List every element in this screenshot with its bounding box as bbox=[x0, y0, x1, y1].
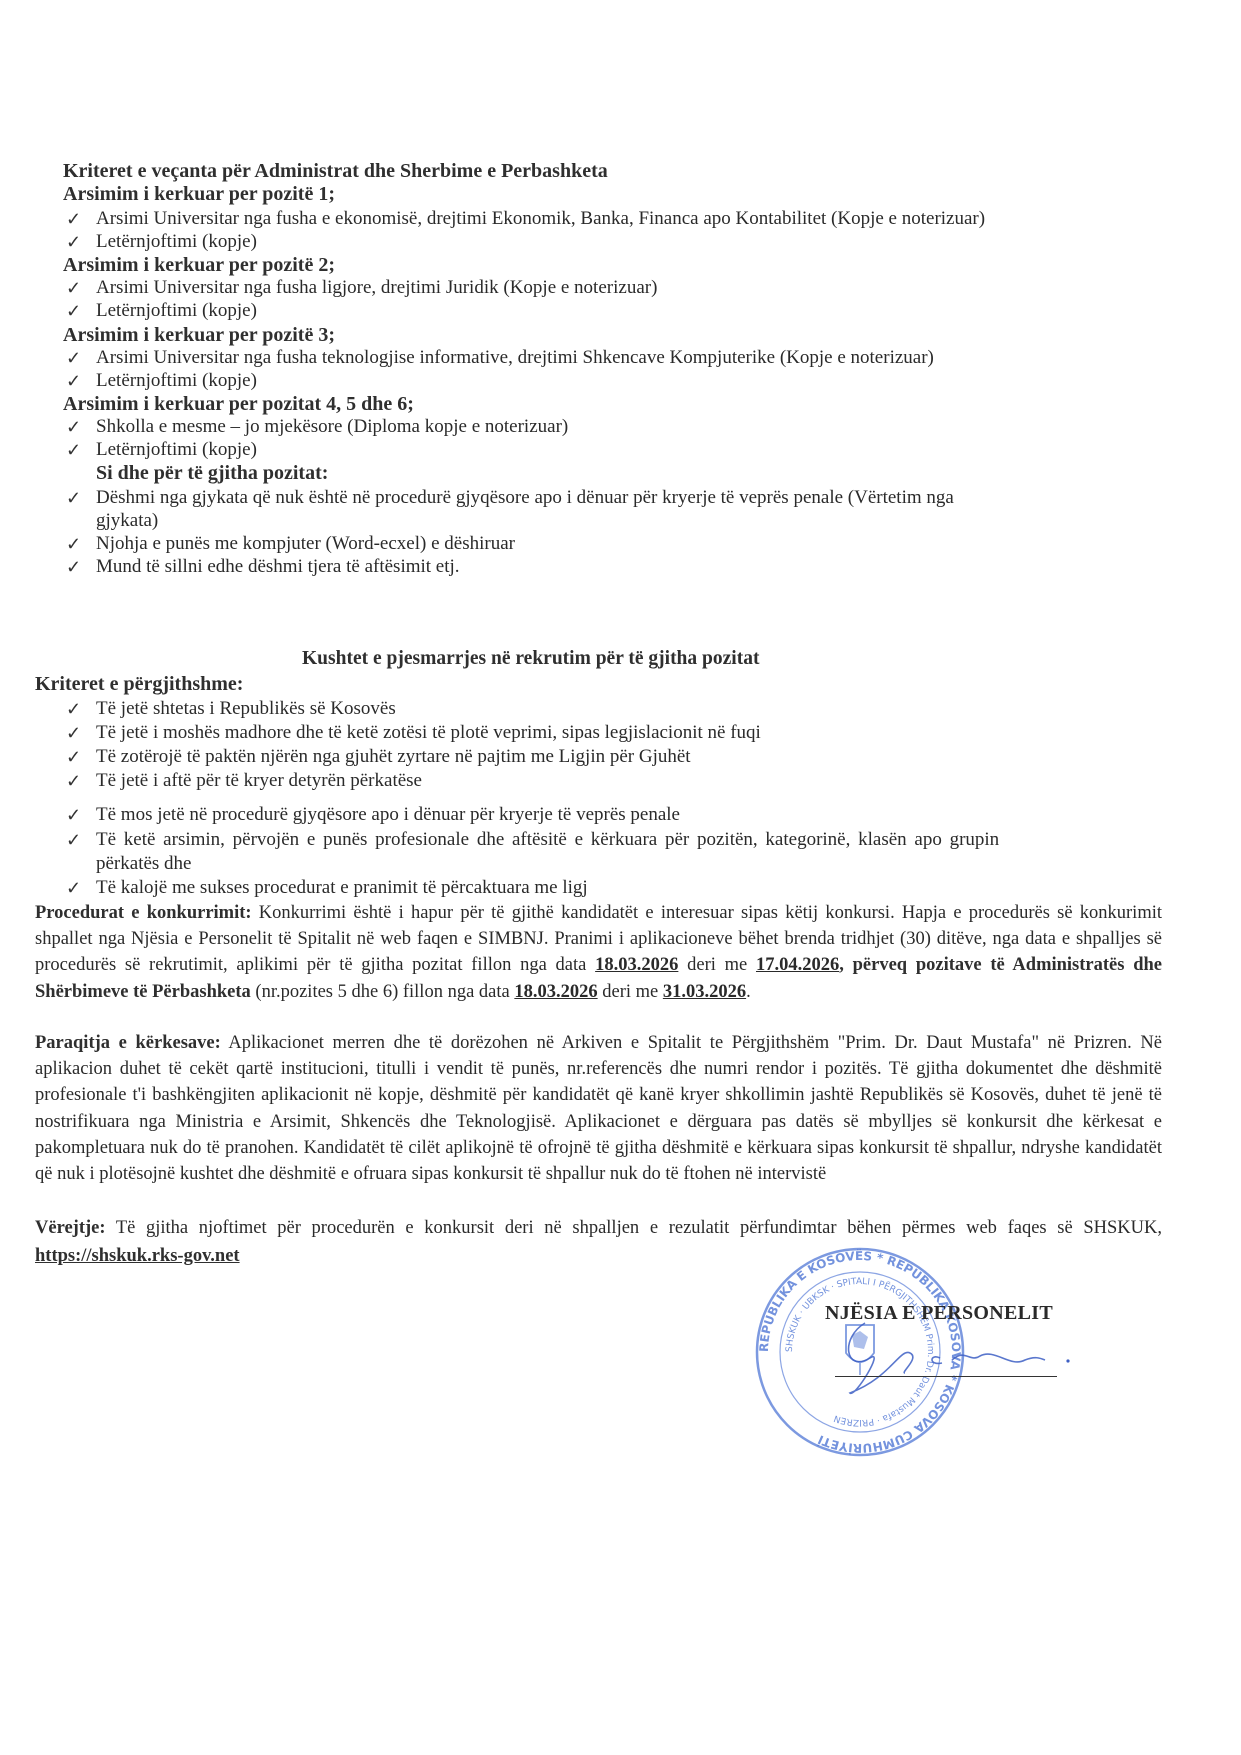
procedure-label: Procedurat e konkurrimit: bbox=[35, 903, 252, 923]
date-start-admin: 18.03.2026 bbox=[514, 982, 597, 1002]
checkmark-icon: ✓ bbox=[66, 415, 81, 439]
group-heading: Arsimim i kerkuar per pozitat 4, 5 dhe 6… bbox=[63, 392, 414, 416]
checkmark-icon: ✓ bbox=[66, 697, 81, 721]
date-end-admin: 31.03.2026 bbox=[663, 982, 746, 1002]
note-text: Të gjitha njoftimet për procedurën e kon… bbox=[106, 1218, 1162, 1238]
list-item-continuation: gjykata) bbox=[96, 509, 158, 533]
list-item-continuation: përkatës dhe bbox=[96, 852, 191, 876]
list-item: Letërnjoftimi (kopje) bbox=[96, 299, 257, 323]
checkmark-icon: ✓ bbox=[66, 828, 81, 852]
procedure-text: . bbox=[746, 982, 751, 1002]
date-end: 17.04.2026 bbox=[756, 955, 839, 975]
date-start: 18.03.2026 bbox=[595, 955, 678, 975]
checkmark-icon: ✓ bbox=[66, 486, 81, 510]
list-item: Letërnjoftimi (kopje) bbox=[96, 438, 257, 462]
checkmark-icon: ✓ bbox=[66, 532, 81, 556]
checkmark-icon: ✓ bbox=[66, 721, 81, 745]
checkmark-icon: ✓ bbox=[66, 438, 81, 462]
procedure-text: (nr.pozites 5 dhe 6) fillon nga data bbox=[251, 982, 515, 1002]
group-heading: Arsimim i kerkuar per pozitë 2; bbox=[63, 253, 335, 277]
list-item: Të jetë i aftë për të kryer detyrën përk… bbox=[96, 769, 422, 793]
checkmark-icon: ✓ bbox=[66, 230, 81, 254]
list-item: Letërnjoftimi (kopje) bbox=[96, 369, 257, 393]
conditions-title: Kushtet e pjesmarrjes në rekrutim për të… bbox=[302, 647, 759, 671]
checkmark-icon: ✓ bbox=[66, 369, 81, 393]
list-item: Mund të sillni edhe dëshmi tjera të aftë… bbox=[96, 555, 460, 579]
list-item: Arsimi Universitar nga fusha e ekonomisë… bbox=[96, 207, 985, 231]
list-item: Arsimi Universitar nga fusha teknologjis… bbox=[96, 346, 934, 370]
list-item: Dëshmi nga gjykata që nuk është në proce… bbox=[96, 486, 954, 510]
list-item: Të ketë arsimin, përvojën e punës profes… bbox=[96, 828, 999, 852]
group-heading: Arsimim i kerkuar per pozitë 1; bbox=[63, 182, 335, 206]
checkmark-icon: ✓ bbox=[66, 745, 81, 769]
procedure-paragraph: Procedurat e konkurrimit: Konkurrimi ësh… bbox=[35, 900, 1162, 1005]
list-item: Njohja e punës me kompjuter (Word-ecxel)… bbox=[96, 532, 515, 556]
checkmark-icon: ✓ bbox=[66, 555, 81, 579]
list-item: Të jetë i moshës madhore dhe të ketë zot… bbox=[96, 721, 761, 745]
list-item: Të jetë shtetas i Republikës së Kosovës bbox=[96, 697, 396, 721]
checkmark-icon: ✓ bbox=[66, 876, 81, 900]
checkmark-icon: ✓ bbox=[66, 803, 81, 827]
checkmark-icon: ✓ bbox=[66, 769, 81, 793]
special-criteria-title: Kriteret e veçanta për Administrat dhe S… bbox=[63, 159, 608, 183]
list-item: Të mos jetë në procedurë gjyqësore apo i… bbox=[96, 803, 680, 827]
all-positions-heading: Si dhe për të gjitha pozitat: bbox=[96, 461, 328, 485]
checkmark-icon: ✓ bbox=[66, 299, 81, 323]
group-heading: Arsimim i kerkuar per pozitë 3; bbox=[63, 323, 335, 347]
checkmark-icon: ✓ bbox=[66, 346, 81, 370]
list-item: Të kalojë me sukses procedurat e pranimi… bbox=[96, 876, 588, 900]
general-criteria-heading: Kriteret e përgjithshme: bbox=[35, 672, 243, 696]
checkmark-icon: ✓ bbox=[66, 276, 81, 300]
note-label: Vërejtje: bbox=[35, 1218, 106, 1238]
list-item: Arsimi Universitar nga fusha ligjore, dr… bbox=[96, 276, 657, 300]
note-paragraph: Vërejtje: Të gjitha njoftimet për proced… bbox=[35, 1214, 1162, 1270]
shskuk-link[interactable]: https://shskuk.rks-gov.net bbox=[35, 1246, 240, 1266]
submission-text: Aplikacionet merren dhe të dorëzohen në … bbox=[35, 1033, 1162, 1184]
submission-paragraph: Paraqitja e kërkesave: Aplikacionet merr… bbox=[35, 1030, 1162, 1187]
list-item: Të zotërojë të paktën njërën nga gjuhët … bbox=[96, 745, 691, 769]
list-item: Shkolla e mesme – jo mjekësore (Diploma … bbox=[96, 415, 568, 439]
checkmark-icon: ✓ bbox=[66, 207, 81, 231]
signature-icon bbox=[830, 1318, 1090, 1408]
procedure-text: deri me bbox=[678, 955, 756, 975]
submission-label: Paraqitja e kërkesave: bbox=[35, 1033, 221, 1053]
signature-line bbox=[835, 1376, 1057, 1377]
document-page: Kriteret e veçanta për Administrat dhe S… bbox=[0, 0, 1241, 1755]
list-item: Letërnjoftimi (kopje) bbox=[96, 230, 257, 254]
procedure-text: deri me bbox=[598, 982, 663, 1002]
